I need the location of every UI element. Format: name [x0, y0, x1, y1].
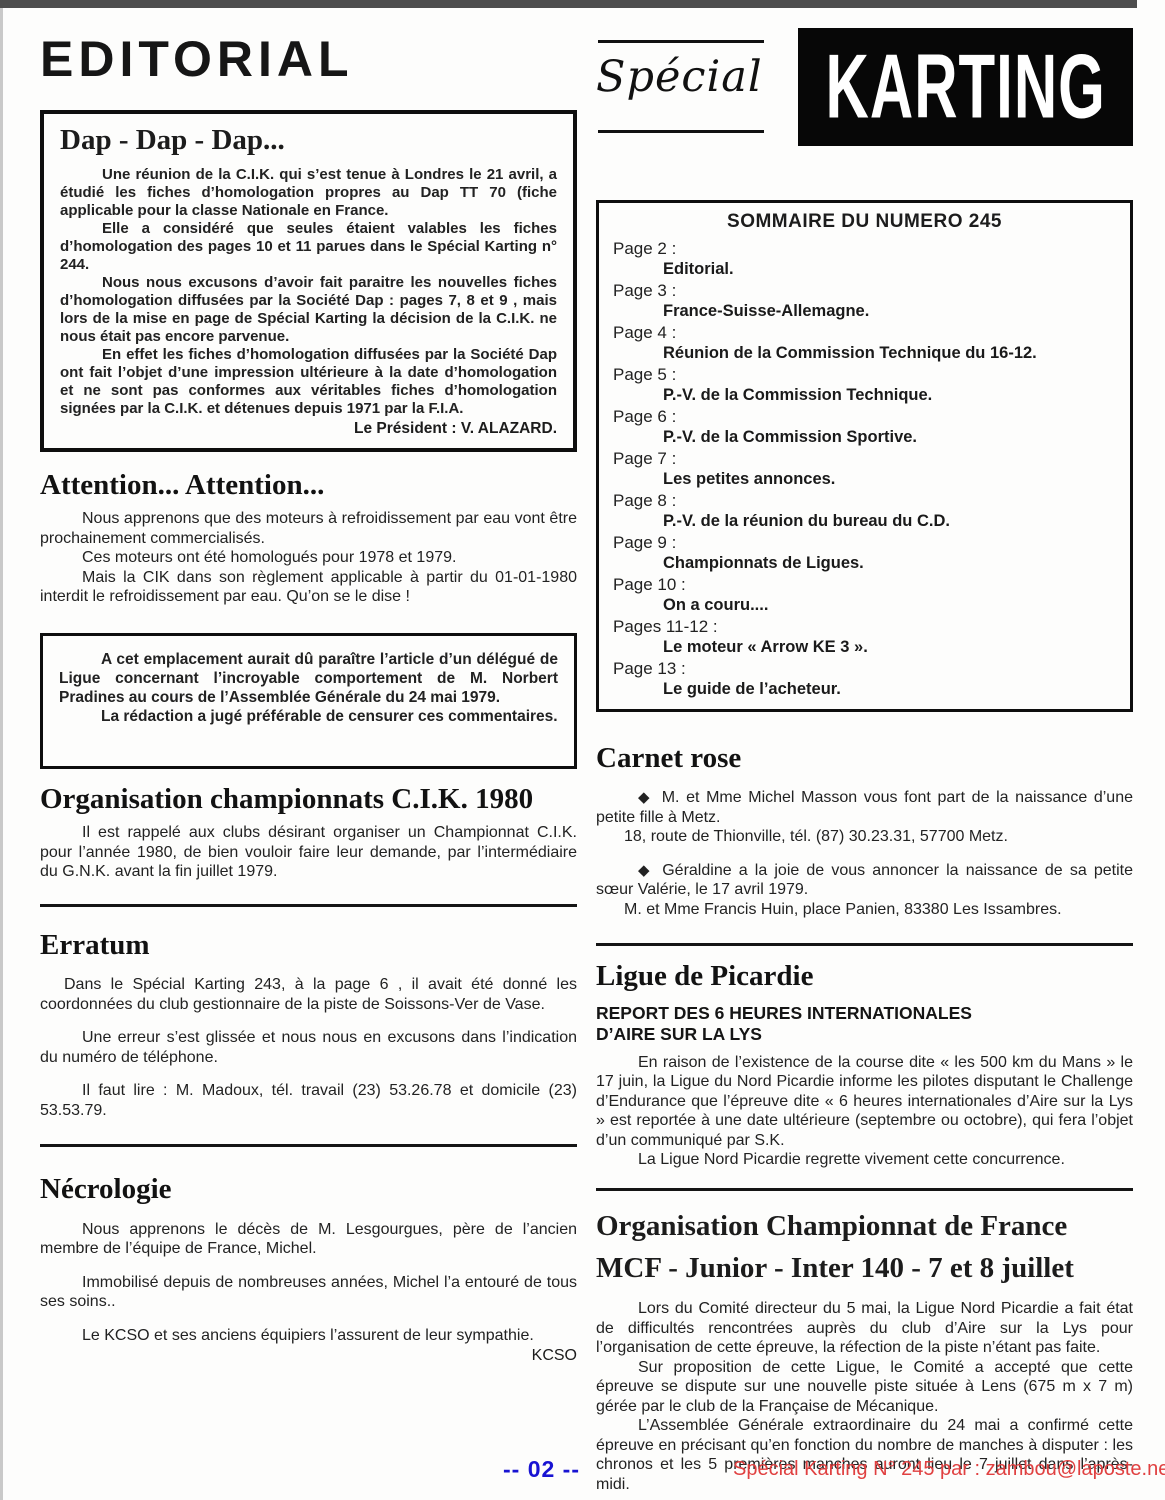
toc-entry-title: P.-V. de la Commission Technique.	[663, 385, 1116, 405]
erratum-paragraph: Il faut lire : M. Madoux, tél. travail (…	[40, 1081, 577, 1120]
toc-item: Page 6 : P.-V. de la Commission Sportive…	[613, 407, 1116, 447]
toc-page-label: Page 13 :	[613, 659, 1116, 679]
toc-page-label: Page 3 :	[613, 281, 1116, 301]
logo-special-text: Spécial	[596, 52, 784, 102]
censored-paragraph: La rédaction a jugé préférable de censur…	[59, 707, 558, 726]
logo-karting-text: KARTING	[826, 41, 1106, 132]
toc-entry-title: France-Suisse-Allemagne.	[663, 301, 1116, 321]
toc-item: Page 10 : On a couru....	[613, 575, 1116, 615]
toc-page-label: Page 7 :	[613, 449, 1116, 469]
necrologie-paragraph: Immobilisé depuis de nombreuses années, …	[40, 1273, 577, 1312]
toc-page-label: Page 9 :	[613, 533, 1116, 553]
championnat-paragraph: Lors du Comité directeur du 5 mai, la Li…	[596, 1299, 1133, 1358]
attention-paragraph: Mais la CIK dans son règlement applicabl…	[40, 568, 577, 607]
logo-rule-top	[598, 40, 764, 43]
toc-item: Page 8 : P.-V. de la réunion du bureau d…	[613, 491, 1116, 531]
toc-entry-title: Réunion de la Commission Technique du 16…	[663, 343, 1116, 363]
cik-title: Organisation championnats C.I.K. 1980	[40, 783, 577, 815]
picardie-paragraph: La Ligue Nord Picardie regrette vivement…	[596, 1150, 1133, 1170]
dap-paragraph: Elle a considéré que seules étaient vala…	[60, 220, 557, 274]
logo-karting-block: KARTING	[798, 28, 1133, 146]
erratum-paragraph: Une erreur s’est glissée et nous nous en…	[40, 1028, 577, 1067]
championnat-paragraph: L’Assemblée Générale extraordinaire du 2…	[596, 1416, 1133, 1494]
necrologie-signature: KCSO	[40, 1347, 577, 1365]
diamond-bullet-icon: ◆	[638, 789, 652, 806]
toc-item: Page 2 : Editorial.	[613, 239, 1116, 279]
toc-entry-title: P.-V. de la réunion du bureau du C.D.	[663, 511, 1116, 531]
toc-page-label: Page 10 :	[613, 575, 1116, 595]
separator-rule	[40, 904, 577, 907]
toc-item: Page 13 : Le guide de l’acheteur.	[613, 659, 1116, 699]
attention-paragraph: Ces moteurs ont été homologués pour 1978…	[40, 548, 577, 568]
toc-entry-title: Le moteur « Arrow KE 3 ».	[663, 637, 1116, 657]
toc-page-label: Page 2 :	[613, 239, 1116, 259]
championnat-france-title-line2: MCF - Junior - Inter 140 - 7 et 8 juille…	[596, 1247, 1133, 1289]
toc-item: Page 3 : France-Suisse-Allemagne.	[613, 281, 1116, 321]
footer-credit: Spécial Karting N° 245 par : zambou@lapo…	[733, 1458, 1165, 1481]
censored-paragraph: A cet emplacement aurait dû paraître l’a…	[59, 650, 558, 707]
sommaire-box: SOMMAIRE DU NUMERO 245 Page 2 : Editoria…	[596, 200, 1133, 712]
diamond-bullet-icon: ◆	[638, 862, 652, 879]
picardie-title: Ligue de Picardie	[596, 960, 1133, 992]
separator-rule	[40, 1144, 577, 1147]
championnat-france-title: Organisation Championnat de France MCF -…	[596, 1205, 1133, 1289]
toc-page-label: Page 5 :	[613, 365, 1116, 385]
erratum-title: Erratum	[40, 929, 577, 961]
carnet-item-detail: 18, route de Thionville, tél. (87) 30.23…	[596, 827, 1133, 847]
separator-rule	[596, 1188, 1133, 1191]
dap-article-title: Dap - Dap - Dap...	[60, 124, 557, 157]
scan-edge-left	[0, 8, 3, 1500]
cik-paragraph: Il est rappelé aux clubs désirant organi…	[40, 823, 577, 882]
magazine-logo: Spécial KARTING	[596, 28, 1133, 148]
carnet-rose-title: Carnet rose	[596, 742, 1133, 774]
carnet-item-detail: M. et Mme Francis Huin, place Panien, 83…	[596, 900, 1133, 920]
toc-page-label: Page 8 :	[613, 491, 1116, 511]
carnet-item: ◆Géraldine a la joie de vous annoncer la…	[596, 861, 1133, 900]
toc-item: Pages 11-12 : Le moteur « Arrow KE 3 ».	[613, 617, 1116, 657]
attention-paragraph: Nous apprenons que des moteurs à refroid…	[40, 509, 577, 548]
toc-entry-title: Le guide de l’acheteur.	[663, 679, 1116, 699]
carnet-item-text: Géraldine a la joie de vous annoncer la …	[596, 862, 1133, 899]
dap-paragraph: Une réunion de la C.I.K. qui s’est tenue…	[60, 166, 557, 220]
footer-credit-text: Spécial Karting N° 245 par : zambou@lapo…	[733, 1458, 1165, 1480]
toc-page-label: Page 6 :	[613, 407, 1116, 427]
left-column: EDITORIAL Dap - Dap - Dap... Une réunion…	[40, 28, 577, 1365]
toc-entry-title: Editorial.	[663, 259, 1116, 279]
dap-paragraph: Nous nous excusons d’avoir fait paraitre…	[60, 274, 557, 346]
censored-note-box: A cet emplacement aurait dû paraître l’a…	[40, 633, 577, 769]
toc-entry-title: Championnats de Ligues.	[663, 553, 1116, 573]
toc-page-label: Pages 11-12 :	[613, 617, 1116, 637]
attention-title: Attention... Attention...	[40, 469, 577, 501]
necrologie-title: Nécrologie	[40, 1173, 577, 1205]
dap-signature: Le Président : V. ALAZARD.	[60, 420, 557, 438]
necrologie-paragraph: Nous apprenons le décès de M. Lesgourgue…	[40, 1220, 577, 1259]
toc-page-label: Page 4 :	[613, 323, 1116, 343]
necrologie-paragraph: Le KCSO et ses anciens équipiers l’assur…	[40, 1326, 577, 1346]
championnat-france-title-line1: Organisation Championnat de France	[596, 1205, 1133, 1247]
picardie-subtitle: REPORT DES 6 HEURES INTERNATIONALES	[596, 1003, 1133, 1024]
picardie-paragraph: En raison de l’existence de la course di…	[596, 1053, 1133, 1151]
toc-entry-title: On a couru....	[663, 595, 1116, 615]
right-column: Spécial KARTING SOMMAIRE DU NUMERO 245 P…	[596, 28, 1133, 1494]
carnet-item: ◆M. et Mme Michel Masson vous font part …	[596, 788, 1133, 827]
separator-rule	[596, 943, 1133, 946]
scan-edge-top	[0, 0, 1137, 8]
erratum-paragraph: Dans le Spécial Karting 243, à la page 6…	[40, 975, 577, 1014]
dap-paragraph: En effet les fiches d’homologation diffu…	[60, 346, 557, 418]
toc-item: Page 4 : Réunion de la Commission Techni…	[613, 323, 1116, 363]
logo-special-script: Spécial	[596, 28, 784, 146]
editorial-title: EDITORIAL	[40, 34, 577, 84]
picardie-subtitle: D’AIRE SUR LA LYS	[596, 1024, 1133, 1045]
toc-item: Page 9 : Championnats de Ligues.	[613, 533, 1116, 573]
logo-rule-bottom	[598, 130, 764, 133]
toc-entry-title: Les petites annonces.	[663, 469, 1116, 489]
toc-entry-title: P.-V. de la Commission Sportive.	[663, 427, 1116, 447]
carnet-rose-section: Carnet rose ◆M. et Mme Michel Masson vou…	[596, 742, 1133, 919]
page-number: -- 02 --	[503, 1456, 580, 1483]
toc-item: Page 5 : P.-V. de la Commission Techniqu…	[613, 365, 1116, 405]
toc-item: Page 7 : Les petites annonces.	[613, 449, 1116, 489]
championnat-paragraph: Sur proposition de cette Ligue, le Comit…	[596, 1358, 1133, 1417]
dap-article-box: Dap - Dap - Dap... Une réunion de la C.I…	[40, 110, 577, 452]
sommaire-title: SOMMAIRE DU NUMERO 245	[613, 211, 1116, 233]
carnet-item-text: M. et Mme Michel Masson vous font part d…	[596, 789, 1133, 826]
